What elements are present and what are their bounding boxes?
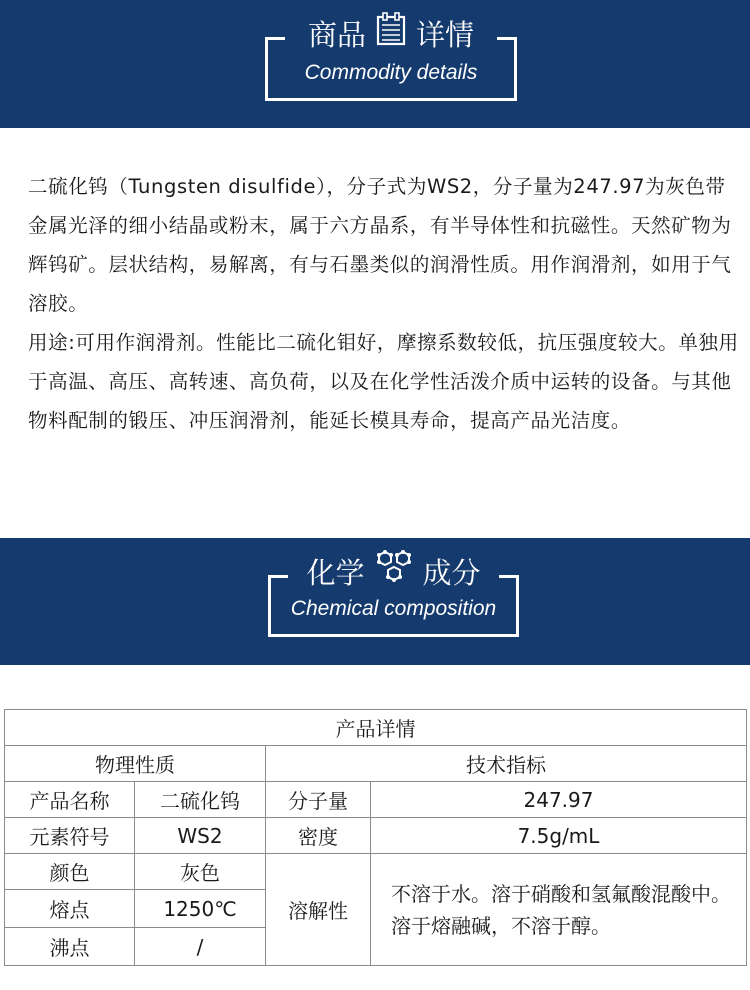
row-value: / [135, 928, 266, 966]
banner-title-right: 详情 [414, 13, 486, 57]
notepad-icon [376, 12, 406, 58]
row-value: WS2 [135, 818, 266, 854]
chemical-composition-banner: 化学 成分 Chemical composition [0, 538, 750, 665]
row-label: 沸点 [5, 928, 135, 966]
product-description: 二硫化钨（Tungsten disulfide），分子式为WS2，分子量为247… [28, 167, 740, 440]
solubility-value: 不溶于水。溶于硝酸和氢氟酸混酸中。溶于熔融碱，不溶于醇。 [371, 854, 747, 966]
tech-value: 7.5g/mL [371, 818, 747, 854]
banner-title-left: 商品 [296, 13, 368, 57]
title-frame: 商品 详情 Commodity details [265, 37, 517, 101]
row-label: 产品名称 [5, 782, 135, 818]
title-frame: 化学 成分 Chemical composition [268, 575, 519, 637]
usage-paragraph: 用途:可用作润滑剂。性能比二硫化钼好，摩擦系数较低，抗压强度较大。单独用于高温、… [28, 323, 740, 440]
tech-value: 247.97 [371, 782, 747, 818]
row-value: 二硫化钨 [135, 782, 266, 818]
technical-specs-header: 技术指标 [266, 746, 747, 782]
banner-title-left: 化学 [294, 551, 366, 595]
product-spec-table: 产品详情 物理性质 技术指标 产品名称 二硫化钨 分子量 247.97 元素符号… [4, 709, 747, 966]
table-title: 产品详情 [5, 710, 747, 746]
commodity-details-banner: 商品 详情 Commodity details [0, 0, 750, 128]
table-row: 产品名称 二硫化钨 分子量 247.97 [5, 782, 747, 818]
row-label: 元素符号 [5, 818, 135, 854]
solubility-label: 溶解性 [266, 854, 371, 966]
banner-subtitle: Chemical composition [271, 597, 516, 621]
row-label: 颜色 [5, 854, 135, 890]
tech-label: 分子量 [266, 782, 371, 818]
physical-properties-header: 物理性质 [5, 746, 266, 782]
row-label: 熔点 [5, 890, 135, 928]
banner-title: 商品 详情 [268, 11, 514, 58]
tech-label: 密度 [266, 818, 371, 854]
banner-subtitle: Commodity details [268, 61, 514, 85]
description-paragraph: 二硫化钨（Tungsten disulfide），分子式为WS2，分子量为247… [28, 167, 740, 323]
banner-title-right: 成分 [421, 551, 493, 595]
row-value: 1250℃ [135, 890, 266, 928]
row-value: 灰色 [135, 854, 266, 890]
table-row: 元素符号 WS2 密度 7.5g/mL [5, 818, 747, 854]
table-row: 颜色 灰色 溶解性 不溶于水。溶于硝酸和氢氟酸混酸中。溶于熔融碱，不溶于醇。 [5, 854, 747, 890]
banner-title: 化学 成分 [271, 549, 516, 597]
molecule-icon [375, 549, 413, 597]
